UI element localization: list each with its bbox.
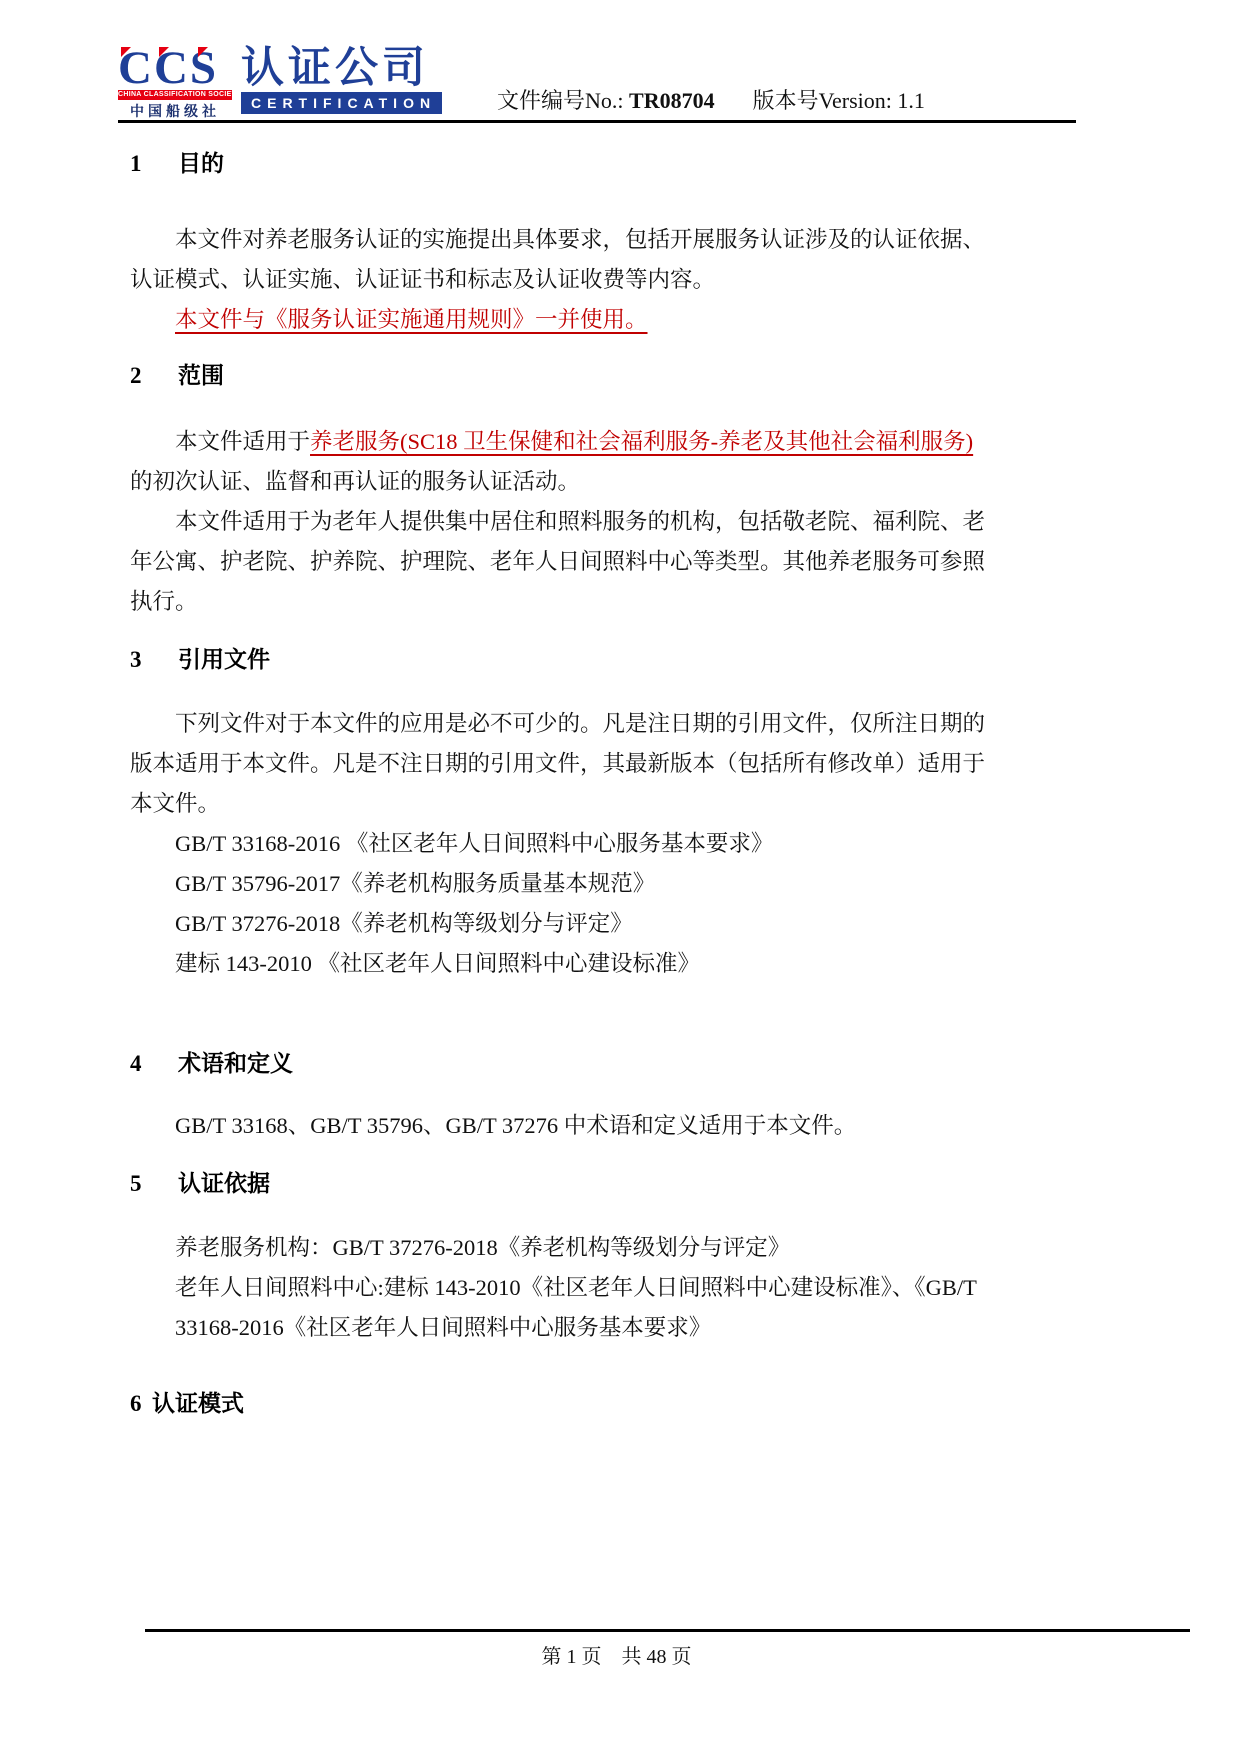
list-item: GB/T 33168-2016 《社区老年人日间照料中心服务基本要求》 <box>130 824 1108 864</box>
doc-number-label: 文件编号No.: <box>497 88 629 113</box>
references-list: GB/T 33168-2016 《社区老年人日间照料中心服务基本要求》 GB/T… <box>130 824 1108 984</box>
ccs-logo-left: CCS CHINA CLASSIFICATION SOCIETY 中国船级社 <box>118 46 232 121</box>
section-1-heading: 1目的 <box>130 148 1108 180</box>
header-rule <box>118 120 1076 123</box>
references-intro-paragraph: 下列文件对于本文件的应用是必不可少的。凡是注日期的引用文件，仅所注日期的 版本适… <box>130 704 1108 824</box>
version-label: 版本号Version: <box>753 88 898 113</box>
doc-number-value: TR08704 <box>629 88 715 113</box>
terms-paragraph: GB/T 33168、GB/T 35796、GB/T 37276 中术语和定义适… <box>130 1106 1108 1146</box>
page-number: 第 1 页 共 48 页 <box>0 1640 1233 1669</box>
logo-red-accent-icon <box>159 47 169 57</box>
header-meta: 文件编号No.: TR08704版本号Version: 1.1 <box>497 84 925 115</box>
purpose-paragraph: 本文件对养老服务认证的实施提出具体要求，包括开展服务认证涉及的认证依据、 认证模… <box>130 220 1108 300</box>
logo-red-accent-icon <box>121 47 131 57</box>
section-5-heading: 5认证依据 <box>130 1168 1108 1200</box>
scope-red-segment: 养老服务(SC18 卫生保健和社会福利服务-养老及其他社会福利服务) <box>310 429 973 454</box>
society-name-cn: 中国船级社 <box>118 101 232 121</box>
document-body: 1目的 本文件对养老服务认证的实施提出具体要求，包括开展服务认证涉及的认证依据、… <box>130 140 1108 1420</box>
scope-paragraph-1: 本文件适用于养老服务(SC18 卫生保健和社会福利服务-养老及其他社会福利服务)… <box>130 422 1108 502</box>
certification-basis-paragraph: 养老服务机构：GB/T 37276-2018《养老机构等级划分与评定》 老年人日… <box>130 1228 1108 1348</box>
list-item: GB/T 35796-2017《养老机构服务质量基本规范》 <box>130 864 1108 904</box>
ccs-logo: CCS CHINA CLASSIFICATION SOCIETY 中国船级社 认… <box>118 46 442 121</box>
section-6-heading: 6认证模式 <box>130 1388 1108 1420</box>
document-page: CCS CHINA CLASSIFICATION SOCIETY 中国船级社 认… <box>0 0 1233 1743</box>
version-value: 1.1 <box>897 88 925 113</box>
list-item: GB/T 37276-2018《养老机构等级划分与评定》 <box>130 904 1108 944</box>
certification-banner: CERTIFICATION <box>241 92 442 114</box>
purpose-red-note: 本文件与《服务认证实施通用规则》一并使用。 <box>130 300 1108 340</box>
section-2-heading: 2范围 <box>130 360 1108 392</box>
section-3-heading: 3引用文件 <box>130 644 1108 676</box>
list-item: 建标 143-2010 《社区老年人日间照料中心建设标准》 <box>130 944 1108 984</box>
footer-rule <box>145 1629 1190 1632</box>
company-name-cn: 认证公司 <box>241 46 442 91</box>
scope-paragraph-2: 本文件适用于为老年人提供集中居住和照料服务的机构，包括敬老院、福利院、老 年公寓… <box>130 502 1108 622</box>
section-4-heading: 4术语和定义 <box>130 1048 1108 1080</box>
ccs-logo-text: CCS <box>118 46 232 90</box>
logo-red-accent-icon <box>198 47 208 57</box>
ccs-logo-right: 认证公司 CERTIFICATION <box>241 46 442 114</box>
